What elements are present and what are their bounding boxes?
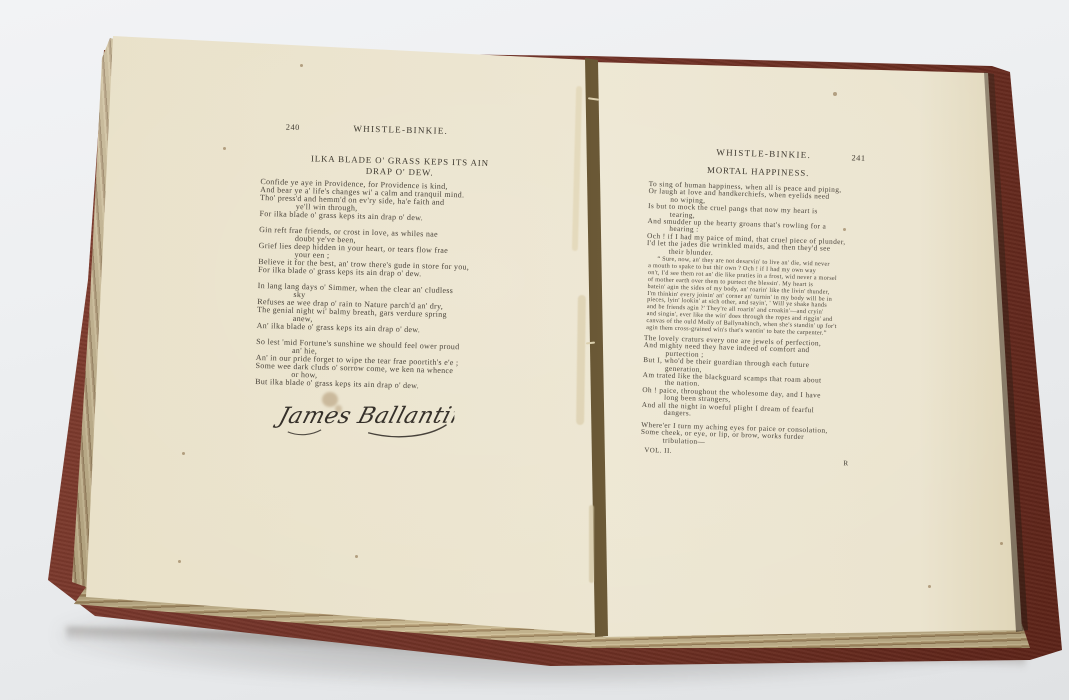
handwritten-signature-james-ballantine: James Ballantine xyxy=(258,387,454,441)
footer-volume-label: VOL. II. xyxy=(644,447,672,455)
poem-title-mortal-happiness: MORTAL HAPPINESS. xyxy=(647,163,869,181)
left-page-text: 240 WHISTLE-BINKIE. ILKA BLADE O' GRASS … xyxy=(251,121,542,458)
svg-text:James Ballantine: James Ballantine xyxy=(272,403,454,429)
foxing-speck xyxy=(1000,542,1003,545)
poem-mortal-happiness-stanza-2: The lovely craturs every one are jewels … xyxy=(641,334,822,421)
photograph-open-book: 240 WHISTLE-BINKIE. ILKA BLADE O' GRASS … xyxy=(0,0,1069,700)
poem-mortal-happiness-stanza-3: Where'er I turn my aching eyes for paice… xyxy=(641,421,828,449)
poem-ilka-blade-body: Confide ye aye in Providence, for Provid… xyxy=(255,178,471,391)
right-page-number: 241 xyxy=(851,153,865,162)
footer-signature-mark: R xyxy=(843,459,848,467)
foxing-speck xyxy=(178,560,181,563)
foxing-speck xyxy=(928,585,931,588)
foxing-speck xyxy=(300,64,303,67)
poem-mortal-happiness-stanza-1: To sing of human happiness, when all is … xyxy=(647,180,848,260)
poem-title-ilka-blade: ILKA BLADE O' GRASS KEPS ITS AIN DRAP O'… xyxy=(259,152,541,181)
foxing-speck xyxy=(182,452,185,455)
right-page-text: WHISTLE-BINKIE. 241 MORTAL HAPPINESS. To… xyxy=(638,144,910,482)
torn-page-fray xyxy=(589,505,594,583)
foxing-speck xyxy=(355,555,358,558)
foxing-speck xyxy=(833,92,837,96)
foxing-speck xyxy=(223,147,226,150)
poem-footnote-quotation: “ Sure, now, an' they are not desarvin' … xyxy=(646,256,839,338)
